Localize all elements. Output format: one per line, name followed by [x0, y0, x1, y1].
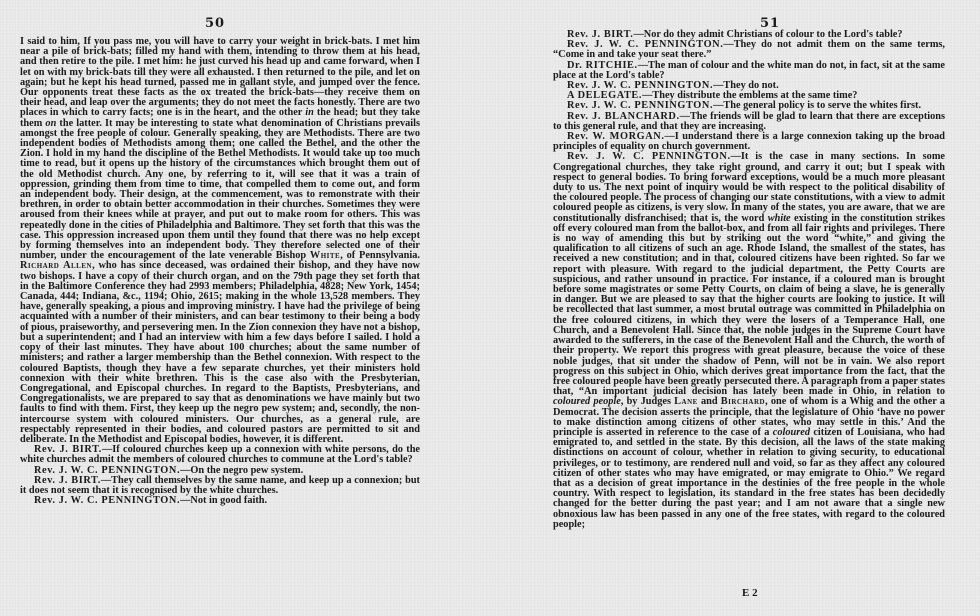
text-run: , who has since deceased, was ordained t… [20, 260, 420, 444]
book-spread: 50 I said to him, If you pass me, you wi… [0, 0, 980, 616]
speech-text: —Not in good faith. [180, 495, 267, 506]
dialogue-paragraph: Rev. J. W. C. PENNINGTON.—It is the case… [553, 152, 945, 530]
dialogue-paragraph: Rev. J. BIRT.—If coloured churches keep … [20, 445, 420, 465]
dialogue-paragraph: Rev. J. W. C. PENNINGTON.—They do not ad… [553, 40, 945, 60]
dialogue-paragraph: Dr. RITCHIE.—The man of colour and the w… [553, 61, 945, 81]
text-run: the latter. It may be interesting to sta… [20, 118, 420, 262]
signature-mark: E 2 [742, 587, 758, 599]
paragraph: I said to him, If you pass me, you will … [20, 37, 420, 445]
dialogue-paragraph: Rev. W. MORGAN.—I understand there is a … [553, 132, 945, 152]
speaker-name: Rev. J. W. C. PENNINGTON. [34, 495, 180, 506]
left-page: 50 I said to him, If you pass me, you wi… [0, 0, 490, 616]
page-body: I said to him, If you pass me, you will … [20, 37, 420, 506]
dialogue-paragraph: Rev. J. BIRT.—They call themselves by th… [20, 476, 420, 496]
page-body: Rev. J. BIRT.—Nor do they admit Christia… [553, 30, 945, 530]
dialogue-paragraph: Rev. J. BLANCHARD.—The friends will be g… [553, 112, 945, 132]
right-page: 51 Rev. J. BIRT.—Nor do they admit Chris… [490, 0, 980, 616]
text-run: I said to him, If you pass me, you will … [20, 36, 420, 118]
page-number: 50 [0, 16, 430, 31]
dialogue-paragraph: Rev. J. W. C. PENNINGTON.—Not in good fa… [20, 496, 420, 506]
speech-text: citizen of Louisiana, who had emigrated … [553, 427, 945, 530]
speech-text: existing in the constitution strikes off… [553, 213, 945, 397]
